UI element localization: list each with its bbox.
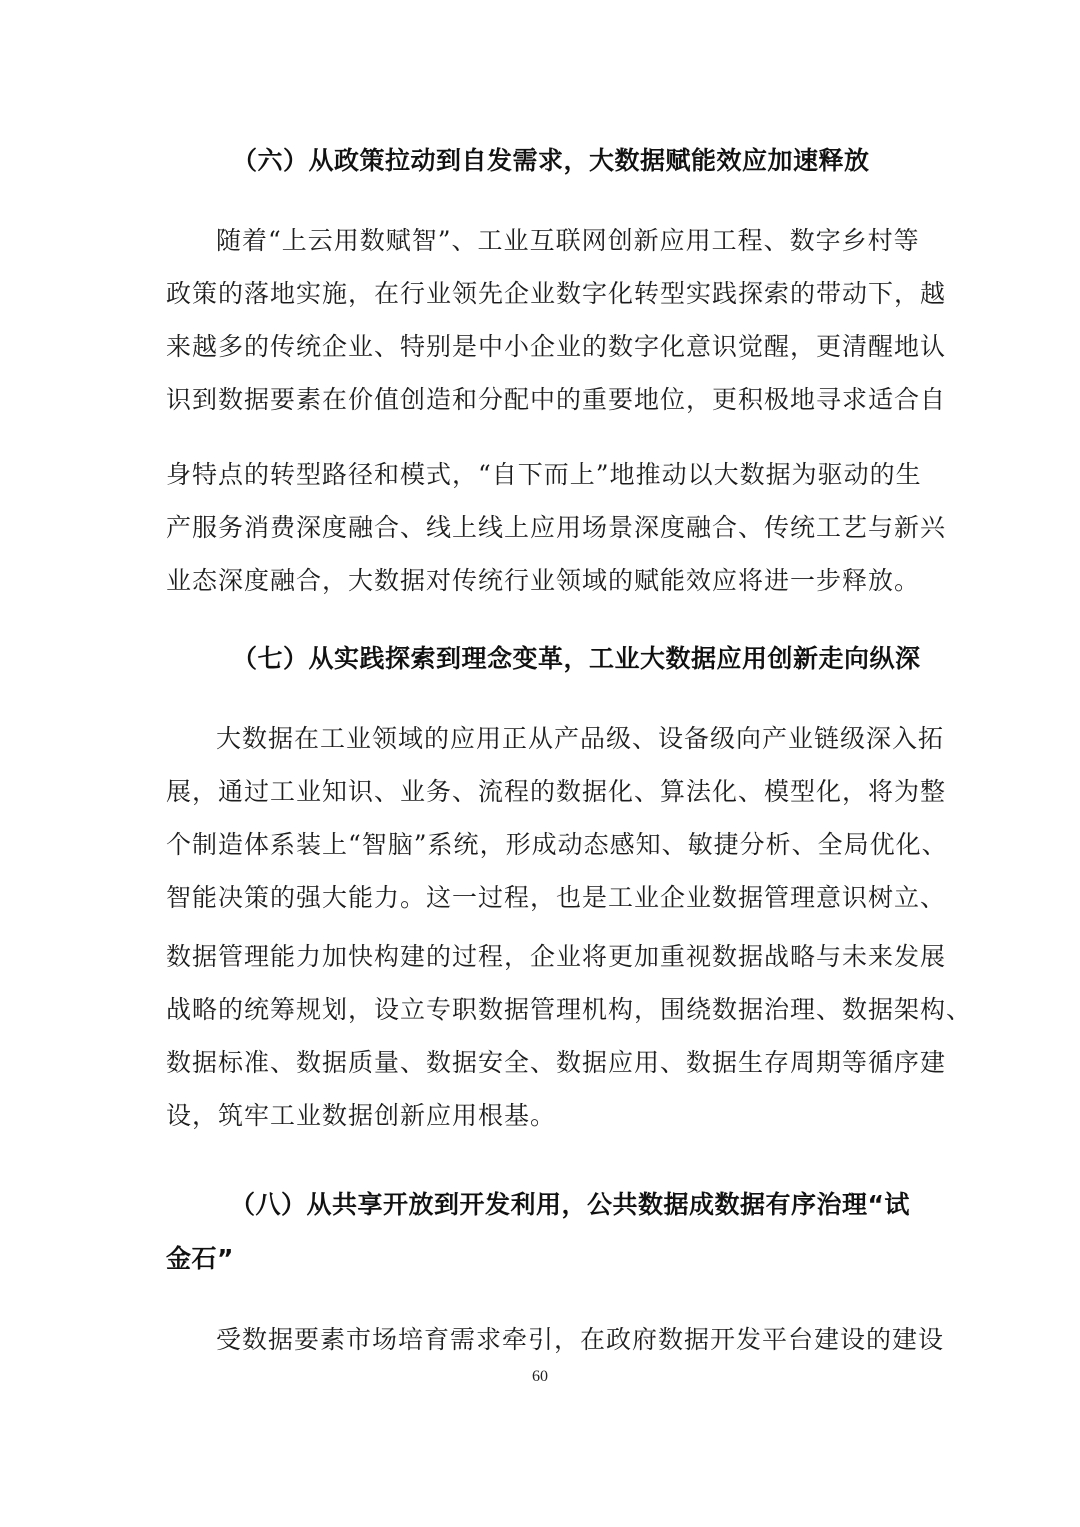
paragraph-line: 政策的落地实施，在行业领先企业数字化转型实践探索的带动下，越 [166, 279, 916, 309]
paragraph-line: 产服务消费深度融合、线上线上应用场景深度融合、传统工艺与新兴 [166, 513, 916, 543]
paragraph-line: 身特点的转型路径和模式，“自下而上”地推动以大数据为驱动的生 [166, 460, 916, 490]
paragraph-line: 数据管理能力加快构建的过程，企业将更加重视数据战略与未来发展 [166, 942, 916, 972]
section-heading-8-line1: （八）从共享开放到开发利用，公共数据成数据有序治理“试 [230, 1190, 910, 1220]
page-number: 60 [0, 1368, 1080, 1386]
paragraph-line: 设，筑牢工业数据创新应用根基。 [166, 1101, 916, 1131]
paragraph-line: 展，通过工业知识、业务、流程的数据化、算法化、模型化，将为整 [166, 777, 916, 807]
section-heading-7: （七）从实践探索到理念变革，工业大数据应用创新走向纵深 [232, 644, 921, 674]
paragraph-line: 智能决策的强大能力。这一过程，也是工业企业数据管理意识树立、 [166, 883, 916, 913]
paragraph-line: 随着“上云用数赋智”、工业互联网创新应用工程、数字乡村等 [216, 226, 916, 256]
section-heading-6: （六）从政策拉动到自发需求，大数据赋能效应加速释放 [232, 146, 870, 176]
paragraph-line: 数据标准、数据质量、数据安全、数据应用、数据生存周期等循序建 [166, 1048, 916, 1078]
paragraph-line: 识到数据要素在价值创造和分配中的重要地位，更积极地寻求适合自 [166, 385, 916, 415]
paragraph-line: 来越多的传统企业、特别是中小企业的数字化意识觉醒，更清醒地认 [166, 332, 916, 362]
paragraph-line: 个制造体系装上“智脑”系统，形成动态感知、敏捷分析、全局优化、 [166, 830, 916, 860]
paragraph-line: 大数据在工业领域的应用正从产品级、设备级向产业链级深入拓 [216, 724, 916, 754]
document-page: （六）从政策拉动到自发需求，大数据赋能效应加速释放 随着“上云用数赋智”、工业互… [0, 0, 1080, 1527]
paragraph-line: 战略的统筹规划，设立专职数据管理机构，围绕数据治理、数据架构、 [166, 995, 916, 1025]
section-heading-8-line2: 金石” [166, 1244, 234, 1274]
paragraph-line: 受数据要素市场培育需求牵引，在政府数据开发平台建设的建设 [216, 1325, 916, 1355]
paragraph-line: 业态深度融合，大数据对传统行业领域的赋能效应将进一步释放。 [166, 566, 916, 596]
